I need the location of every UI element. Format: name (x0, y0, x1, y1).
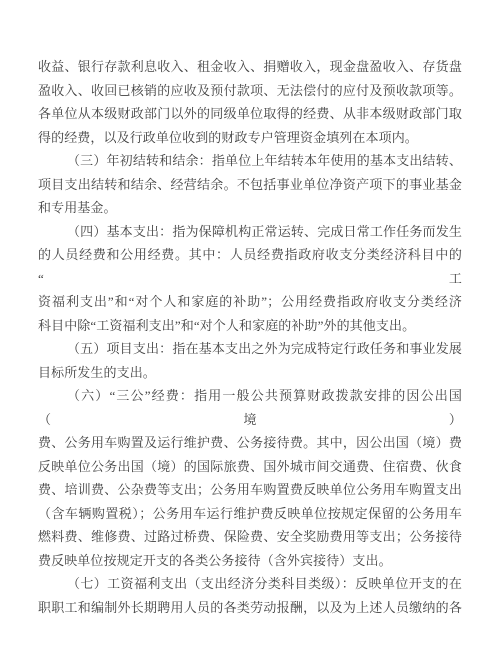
text-line: 费、公务用车购置及运行维护费、公务接待费。其中，因公出国（境）费 (38, 431, 462, 455)
text-line: 费反映单位按规定开支的各类公务接待（含外宾接待）支出。 (38, 549, 462, 573)
text-line: 的人员经费和公用经费。其中：人员经费指政府收支分类经济科目中的“工 (38, 243, 462, 290)
document-page: 收益、银行存款利息收入、租金收入、捐赠收入，现金盘盈收入、存货盘盈收入、收回已核… (0, 0, 500, 647)
text-line: 各单位从本级财政部门以外的同级单位取得的经费、从非本级财政部门取 (38, 102, 462, 126)
para-4-basic-expenditure: （四）基本支出：指为保障机构正常运转、完成日常工作任务而发生的人员经费和公用经费… (38, 220, 462, 338)
text-line: 职职工和编制外长期聘用人员的各类劳动报酬，以及为上述人员缴纳的各 (38, 596, 462, 620)
text-line: （四）基本支出：指为保障机构正常运转、完成日常工作任务而发生 (38, 220, 462, 244)
text-line: 反映单位公务出国（境）的国际旅费、国外城市间交通费、住宿费、伙食 (38, 455, 462, 479)
text-line: （六）“三公”经费：指用一般公共预算财政拨款安排的因公出国（境） (38, 384, 462, 431)
text-line: 目标所发生的支出。 (38, 361, 462, 385)
text-line: 燃料费、维修费、过路过桥费、保险费、安全奖励费用等支出；公务接待 (38, 525, 462, 549)
para-6-three-public-funds: （六）“三公”经费：指用一般公共预算财政拨款安排的因公出国（境）费、公务用车购置… (38, 384, 462, 572)
para-other-income-continuation: 收益、银行存款利息收入、租金收入、捐赠收入，现金盘盈收入、存货盘盈收入、收回已核… (38, 55, 462, 149)
text-line: 科目中除“工资福利支出”和“对个人和家庭的补助”外的其他支出。 (38, 314, 462, 338)
text-line: 项目支出结转和结余、经营结余。不包括事业单位净资产项下的事业基金 (38, 173, 462, 197)
text-line: 费、培训费、公杂费等支出；公务用车购置费反映单位公务用车购置支出 (38, 478, 462, 502)
text-line: 收益、银行存款利息收入、租金收入、捐赠收入，现金盘盈收入、存货盘 (38, 55, 462, 79)
text-line: 和专用基金。 (38, 196, 462, 220)
text-line: （七）工资福利支出（支出经济分类科目类级）：反映单位开支的在 (38, 572, 462, 596)
para-7-salary-welfare-expenditure: （七）工资福利支出（支出经济分类科目类级）：反映单位开支的在职职工和编制外长期聘… (38, 572, 462, 619)
para-5-project-expenditure: （五）项目支出：指在基本支出之外为完成特定行政任务和事业发展目标所发生的支出。 (38, 337, 462, 384)
document-text: 收益、银行存款利息收入、租金收入、捐赠收入，现金盘盈收入、存货盘盈收入、收回已核… (38, 55, 462, 619)
text-line: （含车辆购置税）；公务用车运行维护费反映单位按规定保留的公务用车 (38, 502, 462, 526)
text-line: 资福利支出”和“对个人和家庭的补助”；公用经费指政府收支分类经济 (38, 290, 462, 314)
text-line: （三）年初结转和结余：指单位上年结转本年使用的基本支出结转、 (38, 149, 462, 173)
text-line: 盈收入、收回已核销的应收及预付款项、无法偿付的应付及预收款项等。 (38, 79, 462, 103)
para-3-carryover-and-surplus: （三）年初结转和结余：指单位上年结转本年使用的基本支出结转、项目支出结转和结余、… (38, 149, 462, 220)
text-line: 得的经费，以及行政单位收到的财政专户管理资金填列在本项内。 (38, 126, 462, 150)
text-line: （五）项目支出：指在基本支出之外为完成特定行政任务和事业发展 (38, 337, 462, 361)
